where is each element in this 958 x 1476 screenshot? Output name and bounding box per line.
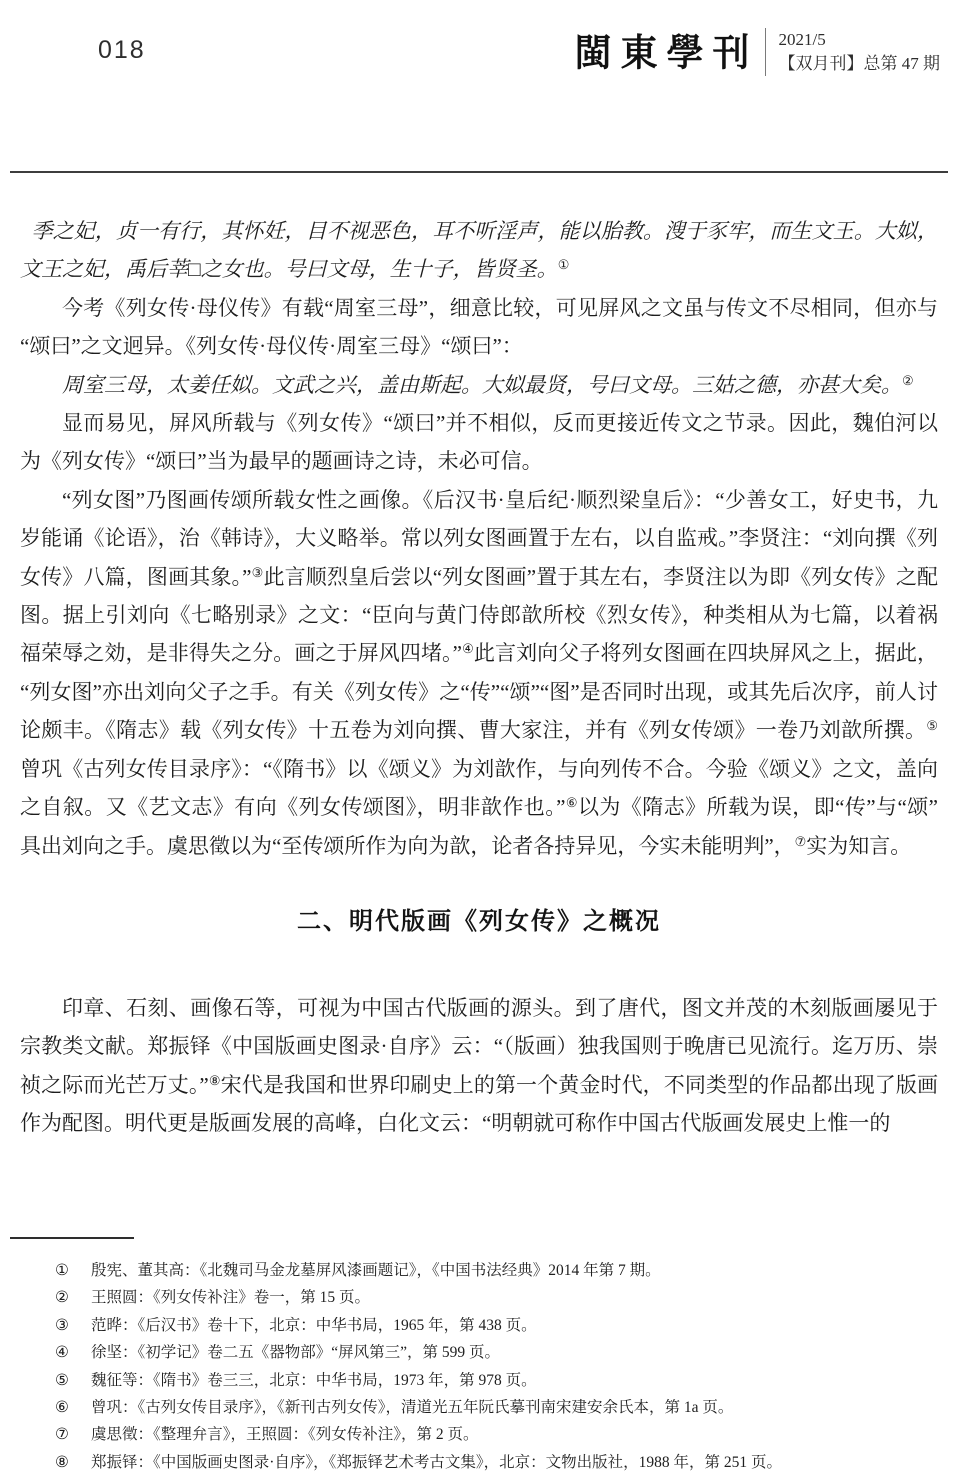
masthead-divider bbox=[765, 28, 766, 76]
page-number: 018 bbox=[98, 36, 146, 65]
footnote-text: 曾巩：《古列女传目录序》，《新刊古列女传》，清道光五年阮氏摹刊南宋建安余氏本，第… bbox=[91, 1394, 937, 1421]
quote-block-zhoushi-sanmu-biography: 季之妃，贞一有行，其怀妊，目不视恶色，耳不听淫声，能以胎教。溲于豕牢，而生文王。… bbox=[20, 212, 938, 289]
footnote-mark: ⑤ bbox=[55, 1367, 91, 1394]
footnote-row: ③ 范晔：《后汉书》卷十下，北京：中华书局，1965 年，第 438 页。 bbox=[55, 1312, 937, 1339]
journal-title-calligraphy: 閩東學刊 bbox=[575, 25, 759, 78]
header-rule bbox=[10, 171, 948, 173]
footnote-row: ⑥ 曾巩：《古列女传目录序》，《新刊古列女传》，清道光五年阮氏摹刊南宋建安余氏本… bbox=[55, 1394, 937, 1421]
footnote-row: ⑧ 郑振铎：《中国版画史图录·自序》，《郑振铎艺术考古文集》，北京：文物出版社，… bbox=[55, 1449, 937, 1476]
footnote-mark: ⑥ bbox=[55, 1394, 91, 1421]
footnotes: ① 殷宪、董其高：《北魏司马金龙墓屏风漆画题记》，《中国书法经典》2014 年第… bbox=[55, 1257, 937, 1476]
footnote-mark: ① bbox=[55, 1257, 91, 1284]
footnote-text: 王照圆：《列女传补注》卷一，第 15 页。 bbox=[91, 1284, 937, 1311]
footnote-row: ④ 徐坚：《初学记》卷二五《器物部》“屏风第三”，第 599 页。 bbox=[55, 1339, 937, 1366]
footnote-mark: ⑧ bbox=[55, 1449, 91, 1476]
footnote-row: ② 王照圆：《列女传补注》卷一，第 15 页。 bbox=[55, 1284, 937, 1311]
journal-page: 018 閩東學刊 2021/5 【双月刊】总第 47 期 季之妃，贞一有行，其怀… bbox=[0, 0, 958, 1476]
issue-info: 2021/5 【双月刊】总第 47 期 bbox=[779, 28, 941, 76]
footnote-text: 范晔：《后汉书》卷十下，北京：中华书局，1965 年，第 438 页。 bbox=[91, 1312, 937, 1339]
paragraph-lienvtu-discussion: “列女图”乃图画传颂所载女性之画像。《后汉书·皇后纪·顺烈梁皇后》：“少善女工，… bbox=[20, 481, 938, 865]
footnote-separator-rule bbox=[10, 1237, 134, 1239]
footnote-text: 殷宪、董其高：《北魏司马金龙墓屏风漆画题记》，《中国书法经典》2014 年第 7… bbox=[91, 1257, 937, 1284]
issue-frequency-total: 【双月刊】总第 47 期 bbox=[779, 52, 941, 76]
footnote-text: 徐坚：《初学记》卷二五《器物部》“屏风第三”，第 599 页。 bbox=[91, 1339, 937, 1366]
issue-year-number: 2021/5 bbox=[779, 28, 941, 52]
footnote-row: ① 殷宪、董其高：《北魏司马金龙墓屏风漆画题记》，《中国书法经典》2014 年第… bbox=[55, 1257, 937, 1284]
footnote-text: 郑振铎：《中国版画史图录·自序》，《郑振铎艺术考古文集》，北京：文物出版社，19… bbox=[91, 1449, 937, 1476]
paragraph-woodblock-history: 印章、石刻、画像石等，可视为中国古代版画的源头。到了唐代，图文并茂的木刻版画屡见… bbox=[20, 989, 938, 1143]
footnote-text: 虞思徵：《整理弁言》，王照圆：《列女传补注》，第 2 页。 bbox=[91, 1421, 937, 1448]
footnote-row: ⑤ 魏征等：《隋书》卷三三，北京：中华书局，1973 年，第 978 页。 bbox=[55, 1367, 937, 1394]
journal-masthead: 閩東學刊 2021/5 【双月刊】总第 47 期 bbox=[575, 26, 941, 78]
paragraph-conclusion-weibohe: 显而易见，屏风所载与《列女传》“颂曰”并不相似，反而更接近传文之节录。因此，魏伯… bbox=[20, 404, 938, 481]
footnote-text: 魏征等：《隋书》卷三三，北京：中华书局，1973 年，第 978 页。 bbox=[91, 1367, 937, 1394]
section-heading: 二、明代版画《列女传》之概况 bbox=[20, 907, 938, 937]
footnote-mark: ② bbox=[55, 1284, 91, 1311]
footnote-mark: ③ bbox=[55, 1312, 91, 1339]
footnote-row: ⑦ 虞思徵：《整理弁言》，王照圆：《列女传补注》，第 2 页。 bbox=[55, 1421, 937, 1448]
footnote-mark: ④ bbox=[55, 1339, 91, 1366]
article-body: 季之妃，贞一有行，其怀妊，目不视恶色，耳不听淫声，能以胎教。溲于豕牢，而生文王。… bbox=[20, 212, 938, 1143]
paragraph-comparison: 今考《列女传·母仪传》有载“周室三母”，细意比较，可见屏风之文虽与传文不尽相同，… bbox=[20, 289, 938, 366]
footnote-mark: ⑦ bbox=[55, 1421, 91, 1448]
quote-block-song-verse: 周室三母，太姜任姒。文武之兴，盖由斯起。大姒最贤，号曰文母。三姑之德，亦甚大矣。… bbox=[20, 366, 938, 404]
